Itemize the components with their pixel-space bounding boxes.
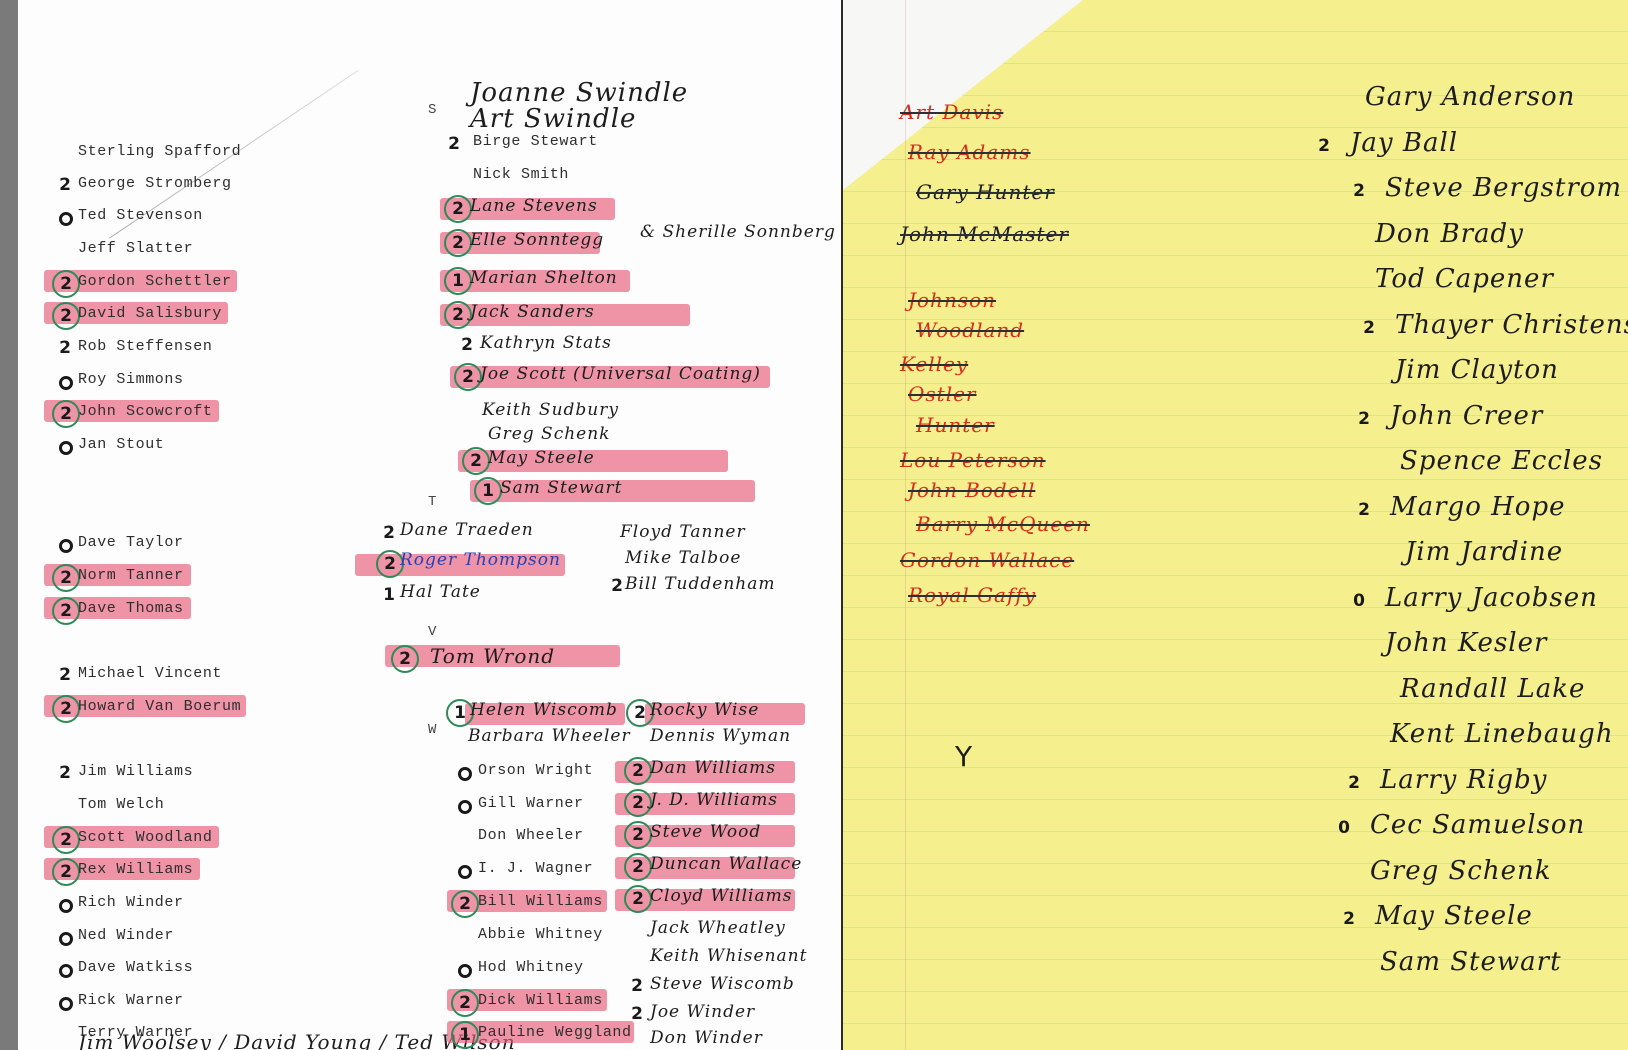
name-entry: Michael Vincent: [78, 665, 222, 682]
crossed-out-name: Gary Hunter: [916, 180, 1055, 204]
handwritten-name: Sam Stewart: [500, 478, 623, 498]
zero-dot-mark: [458, 865, 472, 879]
name-entry: Rob Steffensen: [78, 338, 212, 355]
zero-dot-mark: [59, 212, 73, 226]
handwritten-name: May Steele: [488, 448, 595, 468]
name-entry: Dick Williams: [478, 992, 603, 1009]
letter-y: Y: [955, 740, 973, 773]
crossed-out-name: Barry McQueen: [916, 512, 1090, 536]
name-entry: Rich Winder: [78, 894, 184, 911]
name-entry: Pauline Weggland: [478, 1024, 632, 1041]
count-mark-circled: 2: [624, 821, 652, 849]
section-letter-w: W: [428, 722, 436, 738]
crossed-out-name: John McMaster: [900, 222, 1069, 246]
signature: Larry Rigby: [1380, 765, 1547, 795]
crossed-out-name: Royal Gaffy: [908, 583, 1036, 607]
section-letter-v: V: [428, 624, 436, 640]
handwritten-name: Joe Winder: [650, 1002, 755, 1022]
count-mark: 2: [56, 665, 74, 685]
count-mark: 2: [1350, 181, 1368, 201]
signature: Sam Stewart: [1380, 947, 1562, 977]
signature: John Creer: [1390, 401, 1543, 431]
count-mark: 2: [56, 763, 74, 783]
count-mark-circled: 2: [52, 826, 80, 854]
signature: Jim Clayton: [1395, 355, 1559, 385]
signature: Larry Jacobsen: [1385, 583, 1598, 613]
name-entry: Dave Thomas: [78, 600, 184, 617]
name-entry: Abbie Whitney: [478, 926, 603, 943]
count-mark: 2: [628, 976, 646, 996]
zero-dot-mark: [458, 767, 472, 781]
count-mark: 2: [1345, 773, 1363, 793]
count-mark-circled: 2: [624, 789, 652, 817]
signature: Jay Ball: [1350, 128, 1458, 158]
signature: Gary Anderson: [1365, 82, 1575, 112]
zero-dot-mark: [458, 800, 472, 814]
zero-dot-mark: [59, 376, 73, 390]
crossed-out-name: Kelley: [900, 352, 968, 376]
handwritten-name: Cloyd Williams: [650, 886, 792, 906]
handwritten-name: Joe Scott (Universal Coating): [480, 364, 761, 384]
name-entry: Ned Winder: [78, 927, 174, 944]
signature: Greg Schenk: [1370, 856, 1552, 886]
count-mark: 2: [56, 175, 74, 195]
signature: Margo Hope: [1390, 492, 1565, 522]
count-mark: 2: [1340, 909, 1358, 929]
handwritten-name: Steve Wiscomb: [650, 974, 795, 994]
count-mark-circled: 2: [624, 853, 652, 881]
count-mark: 0: [1335, 818, 1353, 838]
name-entry: Orson Wright: [478, 762, 593, 779]
count-mark-circled: 2: [624, 885, 652, 913]
handwritten-name: Steve Wood: [650, 822, 761, 842]
name-entry: Nick Smith: [473, 166, 569, 183]
count-mark: 2: [608, 576, 626, 596]
handwritten-name: Kathryn Stats: [480, 333, 612, 353]
handwritten-name: & Sherille Sonnberg: [640, 222, 836, 242]
name-entry: Dave Watkiss: [78, 959, 193, 976]
handwritten-name: Helen Wiscomb: [470, 700, 618, 720]
count-mark-circled: 2: [52, 270, 80, 298]
signature: Spence Eccles: [1400, 446, 1603, 476]
handwritten-name: Tom Wrond: [430, 644, 555, 668]
count-mark: 2: [56, 338, 74, 358]
crossed-out-name: Art Davis: [900, 100, 1003, 124]
signature: Jim Jardine: [1405, 537, 1563, 567]
count-mark-circled: 2: [391, 645, 419, 673]
name-entry: Ted Stevenson: [78, 207, 203, 224]
crossed-out-name: Woodland: [916, 318, 1024, 342]
signature: Kent Linebaugh: [1390, 719, 1614, 749]
handwritten-name: Greg Schenk: [488, 424, 610, 444]
signature: Cec Samuelson: [1370, 810, 1585, 840]
signature: Don Brady: [1375, 219, 1524, 249]
name-entry: Jim Williams: [78, 763, 193, 780]
count-mark-circled: 2: [52, 858, 80, 886]
name-entry: Dave Taylor: [78, 534, 184, 551]
name-entry: Don Wheeler: [478, 827, 584, 844]
name-entry: John Scowcroft: [78, 403, 212, 420]
crossed-out-name: Gordon Wallace: [900, 548, 1074, 572]
handwritten-name: Bill Tuddenham: [625, 574, 775, 594]
name-entry: Bill Williams: [478, 893, 603, 910]
zero-dot-mark: [59, 932, 73, 946]
handwritten-name: Jack Wheatley: [650, 918, 786, 938]
name-entry: I. J. Wagner: [478, 860, 593, 877]
count-mark-circled: 2: [444, 229, 472, 257]
handwritten-name: J. D. Williams: [650, 790, 778, 810]
count-mark-circled: 2: [444, 195, 472, 223]
count-mark-circled: 2: [52, 597, 80, 625]
name-entry: Rick Warner: [78, 992, 184, 1009]
handwritten-name: Keith Sudbury: [482, 400, 619, 420]
signature: Steve Bergstrom: [1385, 173, 1622, 203]
handwritten-name: Floyd Tanner: [620, 522, 746, 542]
handwritten-name: Rocky Wise: [650, 700, 759, 720]
crossed-out-name: John Bodell: [908, 478, 1035, 502]
handwritten-swindle-2: Art Swindle: [470, 104, 636, 134]
count-mark: 2: [445, 134, 463, 154]
name-entry: David Salisbury: [78, 305, 222, 322]
handwritten-name: Barbara Wheeler: [468, 726, 631, 746]
crossed-out-name: Lou Peterson: [900, 448, 1046, 472]
handwritten-name: Duncan Wallace: [650, 854, 802, 874]
zero-dot-mark: [59, 964, 73, 978]
signature: Thayer Christensen: [1395, 310, 1628, 340]
section-letter-s: S: [428, 102, 436, 118]
count-mark: 2: [1360, 318, 1378, 338]
count-mark-circled: 2: [451, 989, 479, 1017]
signature: John Kesler: [1385, 628, 1547, 658]
handwritten-name: Dan Williams: [650, 758, 776, 778]
name-entry: Jeff Slatter: [78, 240, 193, 257]
count-mark-circled: 2: [52, 695, 80, 723]
name-entry: George Stromberg: [78, 175, 232, 192]
handwritten-name: Mike Talboe: [625, 548, 741, 568]
handwritten-name: Keith Whisenant: [650, 946, 807, 966]
count-mark-circled: 1: [451, 1021, 479, 1049]
margin-line: [905, 0, 906, 1050]
name-entry: Howard Van Boerum: [78, 698, 241, 715]
count-mark: 2: [628, 1004, 646, 1024]
count-mark-circled: 2: [52, 400, 80, 428]
signature: May Steele: [1375, 901, 1533, 931]
count-mark: 2: [1355, 500, 1373, 520]
zero-dot-mark: [458, 964, 472, 978]
count-mark-circled: 2: [451, 890, 479, 918]
name-entry: Birge Stewart: [473, 133, 598, 150]
count-mark-circled: 1: [474, 477, 502, 505]
handwritten-name: Elle Sonntegg: [470, 230, 604, 250]
handwritten-name: Hal Tate: [400, 582, 481, 602]
name-entry: Scott Woodland: [78, 829, 212, 846]
crossed-out-name: Hunter: [916, 413, 995, 437]
count-mark-circled: 2: [624, 757, 652, 785]
count-mark-circled: 2: [462, 447, 490, 475]
handwritten-name: Jack Sanders: [470, 302, 595, 322]
count-mark: 2: [380, 523, 398, 543]
zero-dot-mark: [59, 539, 73, 553]
name-entry: Hod Whitney: [478, 959, 584, 976]
name-entry: Gill Warner: [478, 795, 584, 812]
handwritten-name: Marian Shelton: [470, 268, 618, 288]
zero-dot-mark: [59, 899, 73, 913]
zero-dot-mark: [59, 997, 73, 1011]
count-mark-circled: 1: [444, 267, 472, 295]
count-mark: 1: [380, 585, 398, 605]
count-mark-circled: 2: [52, 564, 80, 592]
name-entry: Sterling Spafford: [78, 143, 241, 160]
scanner-edge: [0, 0, 18, 1050]
count-mark-circled: 2: [454, 363, 482, 391]
handwritten-name: Lane Stevens: [470, 196, 598, 216]
handwritten-name: Dane Traeden: [400, 520, 534, 540]
crossed-out-name: Ray Adams: [908, 140, 1031, 164]
crossed-out-name: Ostler: [908, 382, 977, 406]
section-letter-t: T: [428, 494, 436, 510]
zero-dot-mark: [59, 441, 73, 455]
crossed-out-name: Johnson: [908, 288, 996, 312]
handwritten-name: Roger Thompson: [400, 550, 561, 570]
count-mark-circled: 2: [52, 302, 80, 330]
count-mark: 2: [458, 335, 476, 355]
name-entry: Roy Simmons: [78, 371, 184, 388]
handwritten-name: Dennis Wyman: [650, 726, 791, 746]
signature: Tod Capener: [1375, 264, 1554, 294]
name-entry: Rex Williams: [78, 861, 193, 878]
name-entry: Tom Welch: [78, 796, 164, 813]
count-mark: 0: [1350, 591, 1368, 611]
count-mark: 2: [1315, 136, 1333, 156]
name-entry: Gordon Schettler: [78, 273, 232, 290]
name-entry: Jan Stout: [78, 436, 164, 453]
count-mark: 2: [1355, 409, 1373, 429]
handwritten-name: Don Winder: [650, 1028, 763, 1048]
count-mark-circled: 2: [444, 301, 472, 329]
name-entry: Norm Tanner: [78, 567, 184, 584]
signature: Randall Lake: [1400, 674, 1585, 704]
